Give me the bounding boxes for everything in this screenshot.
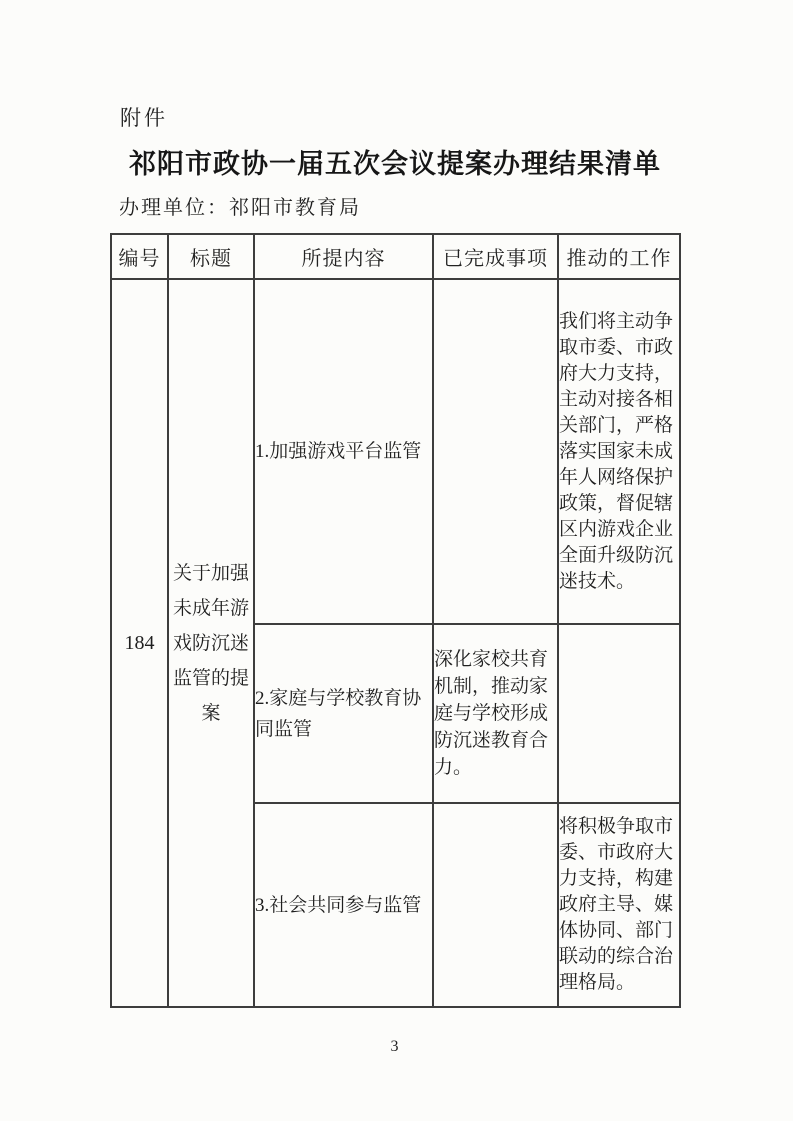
work-cell-1: 我们将主动争取市委、市政府大力支持，主动对接各相关部门，严格落实国家未成年人网络…	[558, 279, 680, 624]
work-cell-3: 将积极争取市委、市政府大力支持，构建政府主导、媒体协同、部门联动的综合治理格局。	[558, 803, 680, 1007]
proposal-result-table: 编号 标题 所提内容 已完成事项 推动的工作 184 关于加强未成年游戏防沉迷监…	[110, 233, 681, 1008]
column-header-content: 所提内容	[254, 234, 433, 279]
work-cell-2	[558, 624, 680, 803]
document-page: 附件 祁阳市政协一届五次会议提案办理结果清单 办理单位：祁阳市教育局 编号 标题…	[0, 0, 793, 1121]
page-title: 祁阳市政协一届五次会议提案办理结果清单	[100, 142, 690, 181]
attachment-label: 附件	[120, 102, 168, 132]
content-cell-2: 2.家庭与学校教育协同监管	[254, 624, 433, 803]
completed-cell-2: 深化家校共育机制，推动家庭与学校形成防沉迷教育合力。	[433, 624, 558, 803]
page-number: 3	[110, 1038, 679, 1056]
proposal-title-text: 关于加强未成年游戏防沉迷监管的提案	[172, 556, 250, 731]
column-header-title: 标题	[168, 234, 254, 279]
column-header-number: 编号	[111, 234, 168, 279]
handling-unit-label: 办理单位：祁阳市教育局	[119, 191, 361, 220]
content-cell-3: 3.社会共同参与监管	[254, 803, 433, 1007]
completed-cell-3	[433, 803, 558, 1007]
table-header-row: 编号 标题 所提内容 已完成事项 推动的工作	[111, 234, 680, 279]
completed-cell-1	[433, 279, 558, 624]
content-cell-1: 1.加强游戏平台监管	[254, 279, 433, 624]
table-row: 184 关于加强未成年游戏防沉迷监管的提案 1.加强游戏平台监管 我们将主动争取…	[111, 279, 680, 624]
column-header-completed: 已完成事项	[433, 234, 558, 279]
proposal-title-cell: 关于加强未成年游戏防沉迷监管的提案	[168, 279, 254, 1007]
column-header-work: 推动的工作	[558, 234, 680, 279]
proposal-number-cell: 184	[111, 279, 168, 1007]
